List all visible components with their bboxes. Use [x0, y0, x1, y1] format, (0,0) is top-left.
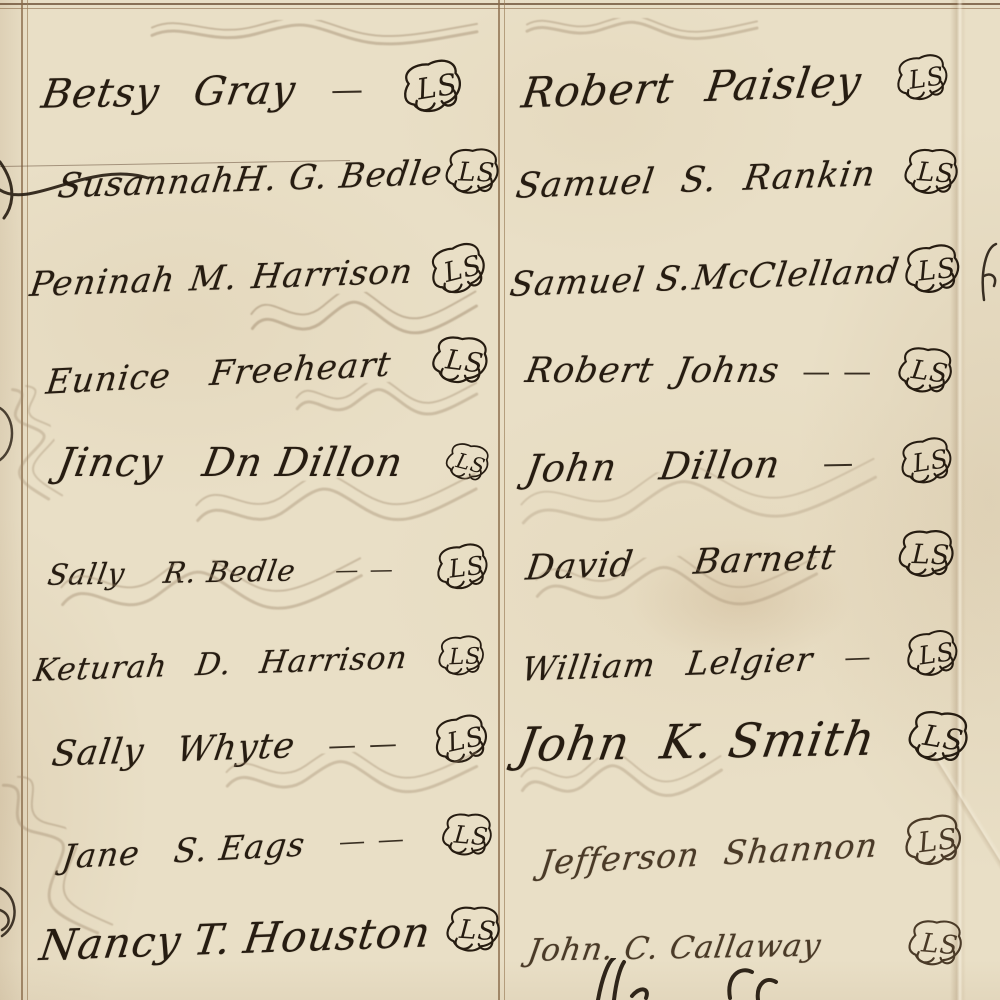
seal-ls-icon: LS [901, 625, 963, 683]
seal-label: LS [908, 355, 950, 390]
signature-row-left-7: KeturahD.HarrisonLS [33, 616, 487, 710]
signature-name-part: Johns [673, 351, 783, 391]
seal-ls-icon: LS [440, 437, 495, 488]
seal-label: LS [452, 819, 490, 851]
signature-row-left-1: BetsyGray—LS [41, 48, 464, 133]
seal-label: LS [920, 718, 967, 758]
signature-name-part: Sally [45, 556, 127, 591]
seal-label: LS [915, 253, 957, 288]
left-margin-rule [21, 0, 23, 1000]
top-rule-line-secondary [0, 8, 1000, 9]
signature-name-part: Rankin [741, 154, 878, 199]
signature-name-part: Harrison [257, 640, 410, 681]
signature-row-left-3: PeninahM.HarrisonLS [29, 230, 489, 324]
signature-name-part: William [519, 644, 658, 688]
seal-ls-icon: LS [899, 810, 967, 873]
signature-row-right-1: RobertPaisleyLS [521, 39, 951, 132]
signature-row-right-9: JeffersonShannonLS [538, 801, 966, 901]
document-scan: BetsyGray—LSSusannahH. G. BedleLSPeninah… [0, 0, 1000, 1000]
seal-ls-icon: LS [900, 144, 961, 200]
signature-name-part: John [514, 715, 634, 772]
signature-name-part: Keturah [32, 648, 170, 689]
signature-name-part: John [523, 445, 621, 491]
signature-row-left-5: JincyDn DillonLS [58, 424, 490, 502]
ink-bleedthrough [525, 18, 760, 42]
signature-name-part: Jincy [54, 440, 167, 486]
cut-off-ink-fragment [0, 398, 20, 468]
signature-row-right-5: JohnDillon—LS [525, 422, 954, 507]
seal-ls-icon: LS [894, 432, 957, 491]
seal-label: LS [446, 550, 486, 583]
signature-row-right-6: DavidBarnettLS [525, 515, 957, 608]
seal-label: LS [919, 928, 960, 961]
signature-name-part: Sally [49, 731, 147, 774]
signature-row-left-6: SallyR. Bedle— —LS [47, 528, 490, 614]
seal-ls-icon: LS [895, 527, 957, 583]
signature-row-left-8: SallyWhyte— —LS [51, 700, 491, 793]
signature-name-part: T. [191, 914, 235, 965]
signature-name-part: Robert [519, 63, 677, 118]
signature-name-part: S. Eags [171, 824, 307, 870]
seal-label: LS [413, 67, 460, 107]
seal-ls-icon: LS [431, 539, 493, 596]
signature-name-part: Samuel [513, 162, 657, 207]
seal-ls-icon: LS [422, 237, 493, 304]
seal-label: LS [443, 344, 486, 380]
signature-name-part: Lelgier [684, 639, 815, 683]
seal-ls-icon: LS [902, 704, 974, 771]
signature-name-part: Susannah [55, 160, 237, 206]
cut-off-ink-fragment [0, 880, 22, 940]
signature-name-part: Freeheart [207, 344, 393, 394]
signature-dash: — [844, 641, 873, 673]
left-margin-rule-secondary [27, 0, 28, 1000]
seal-ls-icon: LS [396, 54, 468, 121]
signature-name-part: Robert [522, 351, 656, 391]
signature-name-part: Barnett [691, 538, 838, 583]
seal-ls-icon: LS [891, 50, 953, 108]
top-rule-line [0, 3, 1000, 5]
seal-label: LS [448, 643, 482, 670]
signature-dash: — [823, 445, 856, 481]
signature-dash: — [331, 70, 366, 109]
signature-name-part: David [523, 545, 636, 589]
seal-ls-icon: LS [435, 633, 487, 680]
seal-ls-icon: LS [904, 915, 966, 972]
seal-label: LS [910, 444, 951, 478]
signature-dash: — — [338, 823, 407, 857]
signature-name-part: Shannon [721, 825, 880, 872]
signature-row-left-9: JaneS. Eags— —LS [60, 795, 495, 896]
signature-name-part: K. Smith [657, 711, 880, 770]
signature-dash: — — [802, 355, 873, 388]
signature-name-part: Samuel S. [507, 258, 694, 305]
signature-row-right-8: JohnK. SmithLS [517, 698, 970, 784]
signature-name-part: D. [193, 646, 234, 683]
signature-dash: — — [335, 555, 395, 583]
signature-name-part: Eunice [44, 356, 173, 403]
signature-name-part: Nancy [37, 916, 185, 970]
signature-name-part: McClelland [691, 251, 903, 298]
signature-name-part: Dillon [656, 442, 783, 488]
signature-name-part: Gray [191, 67, 300, 115]
signature-row-left-10: NancyT.HoustonLS [39, 890, 503, 984]
ink-bleedthrough [150, 20, 480, 48]
signature-row-right-4: RobertJohns— —LS [526, 332, 954, 410]
seal-ls-icon: LS [427, 709, 495, 772]
seal-label: LS [916, 637, 957, 671]
seal-ls-icon: LS [427, 330, 493, 391]
seal-label: LS [457, 915, 497, 948]
seal-ls-icon: LS [893, 341, 958, 401]
signature-name-part: Paisley [703, 56, 865, 111]
signature-name-part: Houston [241, 907, 435, 963]
signature-name-part: M. [187, 258, 240, 300]
signature-name-part: S. [678, 160, 719, 201]
cut-off-ink-fragment [978, 242, 1000, 302]
signature-row-right-2: SamuelS.RankinLS [515, 132, 961, 225]
seal-label: LS [915, 822, 959, 860]
signature-row-left-2: SusannahH. G. BedleLS [57, 133, 487, 226]
signature-name-part: Dn Dillon [199, 440, 407, 486]
signature-row-right-3: Samuel S.McClellandLS [509, 230, 963, 324]
signature-name-part: Jane [60, 833, 142, 876]
signature-name-part: Betsy [38, 70, 163, 118]
signature-name-part: H. G. Bedle [232, 153, 445, 200]
signature-dash: — — [327, 726, 399, 761]
seal-label: LS [906, 61, 947, 95]
seal-label: LS [910, 539, 950, 571]
column-divider-rule-secondary [504, 0, 505, 1000]
seal-label: LS [456, 157, 495, 188]
signature-name-part: Jefferson [538, 834, 702, 882]
seal-ls-icon: LS [442, 902, 503, 958]
signature-row-left-4: EuniceFreeheartLS [44, 320, 491, 421]
signature-row-right-10: John. C. CallawayLS [527, 904, 964, 990]
seal-ls-icon: LS [899, 240, 964, 300]
seal-ls-icon: LS [438, 809, 496, 862]
signature-row-right-7: WilliamLelgier—LS [521, 614, 961, 707]
signature-name-part: Whyte [174, 726, 298, 770]
signature-name-part: R. Bedle [162, 553, 299, 589]
seal-label: LS [915, 157, 955, 190]
seal-label: LS [453, 448, 488, 479]
signature-name-part: Harrison [249, 252, 416, 298]
seal-ls-icon: LS [442, 145, 502, 199]
signature-name-part: John. C. Callaway [525, 928, 824, 969]
signature-name-part: Peninah [27, 260, 178, 305]
